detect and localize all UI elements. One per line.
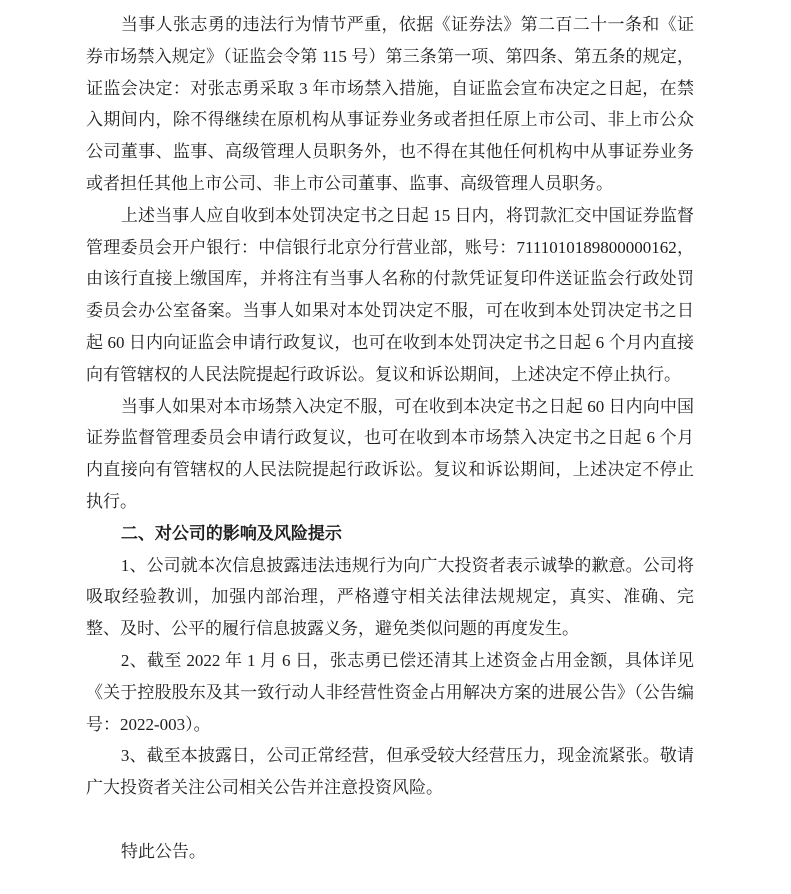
section-heading: 二、对公司的影响及风险提示 — [86, 518, 694, 550]
closing-line: 特此公告。 — [86, 836, 694, 868]
body-paragraph: 当事人张志勇的违法行为情节严重，依据《证券法》第二百二十一条和《证券市场禁入规定… — [86, 9, 694, 200]
body-paragraph: 2、截至 2022 年 1 月 6 日，张志勇已偿还清其上述资金占用金额，具体详… — [86, 645, 694, 740]
announcement-text: 当事人张志勇的违法行为情节严重，依据《证券法》第二百二十一条和《证券市场禁入规定… — [86, 9, 694, 868]
document-page: 当事人张志勇的违法行为情节严重，依据《证券法》第二百二十一条和《证券市场禁入规定… — [0, 0, 791, 894]
body-paragraph: 当事人如果对本市场禁入决定不服，可在收到本决定书之日起 60 日内向中国证券监督… — [86, 391, 694, 518]
page-background: { "page": { "background": "#ffffff", "te… — [0, 0, 791, 894]
body-paragraph: 1、公司就本次信息披露违法违规行为向广大投资者表示诚挚的歉意。公司将吸取经验教训… — [86, 550, 694, 645]
body-paragraph: 上述当事人应自收到本处罚决定书之日起 15 日内，将罚款汇交中国证券监督管理委员… — [86, 200, 694, 391]
body-paragraph: 3、截至本披露日，公司正常经营，但承受较大经营压力，现金流紧张。敬请广大投资者关… — [86, 740, 694, 804]
